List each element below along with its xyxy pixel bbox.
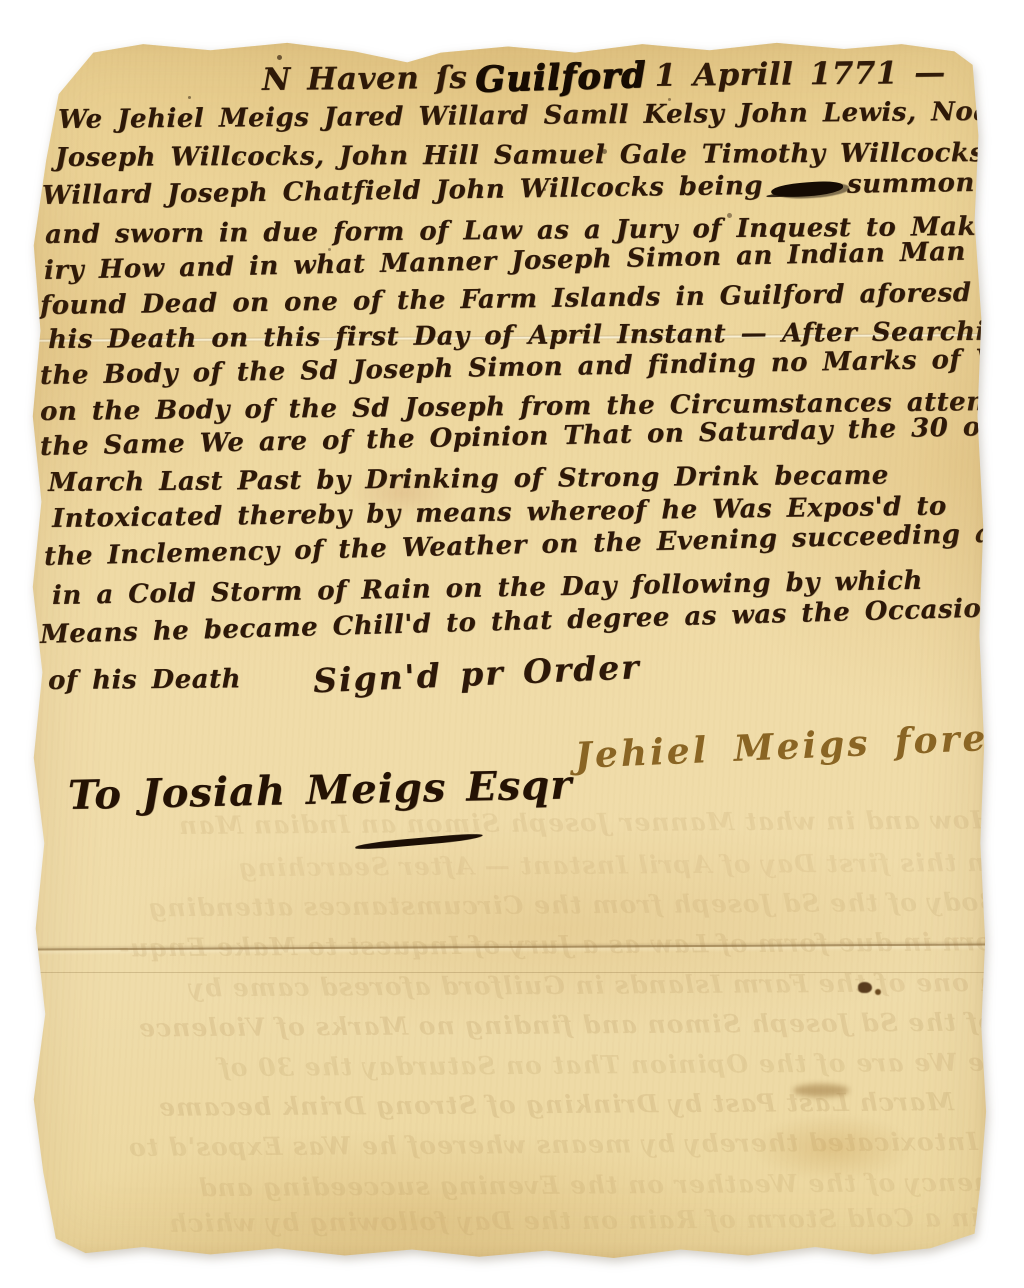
manuscript-line: We Jehiel Meigs Jared Willard Samll Kels…: [58, 96, 988, 135]
stain: [875, 989, 881, 995]
dateline: N Haven ſsGuilford1 Aprill 1771 —: [262, 51, 946, 99]
bleedthrough-line: the Body of the Sd Joseph Simon and find…: [138, 1007, 988, 1043]
manuscript-line: Willard Joseph Chatfield John Willcocks …: [42, 168, 988, 211]
manuscript-page: iry How and in what Manner Joseph Simon …: [28, 38, 988, 1258]
manuscript-line: March Last Past by Drinking of Strong Dr…: [48, 461, 889, 498]
bleedthrough-line: the Same We are of the Opinion That on S…: [218, 1047, 988, 1082]
manuscript-line-text: of his Death: [48, 664, 241, 696]
manuscript-line: of his DeathSign'd pr Order: [48, 653, 641, 697]
bleedthrough-line: on the Body of the Sd Joseph from the Ci…: [148, 887, 988, 923]
stain: [718, 1100, 948, 1195]
bleedthrough-line: his Death on this first Day of April Ins…: [238, 847, 988, 882]
document-scan: iry How and in what Manner Joseph Simon …: [0, 0, 1024, 1288]
bleedthrough-line: in a Cold Storm of Rain on the Day follo…: [168, 1203, 980, 1238]
stain: [858, 982, 872, 993]
ink-blot: [771, 180, 844, 199]
dateline-place-overwritten: Guilford: [475, 54, 647, 100]
bleedthrough-line: and sworn in due form of Law as a Jury o…: [118, 927, 988, 963]
manuscript-line-text: Willard Joseph Chatfield John Willcocks …: [42, 171, 763, 211]
paper-sheet: iry How and in what Manner Joseph Simon …: [28, 38, 988, 1258]
ink-specks: [28, 38, 31, 41]
stain: [793, 1084, 849, 1097]
dateline-place: N Haven ſs: [262, 60, 468, 98]
signature: Jehiel Meigs foreman: [574, 713, 988, 777]
dateline-date: 1 Aprill 1771 —: [654, 55, 945, 94]
manuscript-line-text: summon'd: [847, 168, 988, 200]
manuscript-line: Joseph Willcocks, John Hill Samuel Gale …: [55, 137, 988, 173]
signoff: Sign'd pr Order: [312, 647, 641, 700]
